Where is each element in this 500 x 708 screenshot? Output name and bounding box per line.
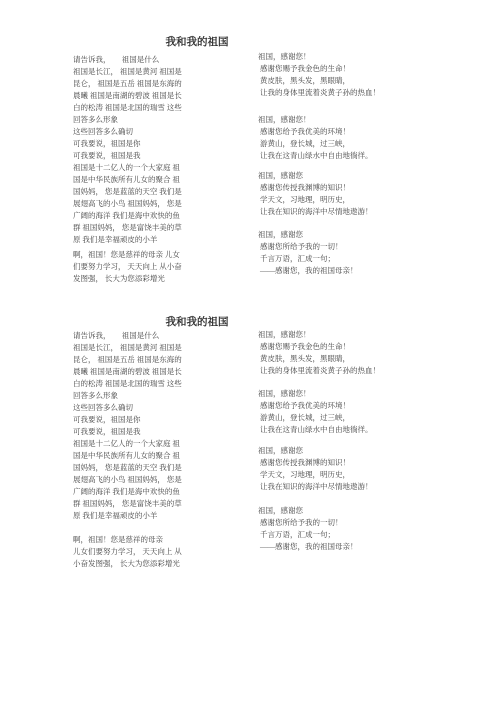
poem-line: 让我在这青山绿水中自由地徜徉。 xyxy=(258,424,388,436)
poem-line: 请告诉我， 祖国是什么 xyxy=(73,330,203,342)
poem-line: 国妈妈， 您是蓝蓝的天空 我们是 xyxy=(73,462,203,474)
poem-line: 感谢您赐予我金色的生命！ xyxy=(258,341,388,353)
poem-line: 展翅高飞的小鸟 祖国妈妈， 您是 xyxy=(73,198,203,210)
poem-right-column: 祖国，感谢您！感谢您赐予我金色的生命！黄皮肤，黑头发，黑眼睛，让我的身体里流着炎… xyxy=(258,329,388,553)
poem-line: 可我要说，祖国是我 xyxy=(73,426,203,438)
poem-stanza: 祖国，感谢您感谢您传授我渊博的知识！学天文，习地理，明历史，让我在知识的海洋中尽… xyxy=(258,170,388,218)
poem-line: 啊，祖国！您是慈祥的母亲 儿女 xyxy=(73,249,203,261)
poem-stanza: 祖国，感谢您！感谢您赐予我金色的生命！黄皮肤，黑头发，黑眼睛，让我的身体里流着炎… xyxy=(258,51,388,99)
poem-title: 我和我的祖国 xyxy=(72,316,322,329)
poem-line: 黄皮肤，黑头发，黑眼睛， xyxy=(258,353,388,365)
poem-line: 感谢您所给予我的一切！ xyxy=(258,517,388,529)
poem-line: 让我在这青山绿水中自由地徜徉。 xyxy=(258,150,388,162)
poem-line: 广阔的海洋 我们是海中欢快的鱼 xyxy=(73,210,203,222)
poem-line: 可我要说，祖国是我 xyxy=(73,150,203,162)
poem-line: 让我的身体里流着炎黄子孙的热血！ xyxy=(258,365,388,377)
poem-line: 昆仑， 祖国是五岳 祖国是东海的 xyxy=(73,78,203,90)
poem-line: 让我在知识的海洋中尽情地遨游！ xyxy=(258,481,388,493)
poem-line xyxy=(73,522,203,534)
poem-line: 感谢您所给予我的一切！ xyxy=(258,241,388,253)
poem-line: 广阔的海洋 我们是海中欢快的鱼 xyxy=(73,486,203,498)
poem-line: 国是中华民族所有儿女的聚合 祖 xyxy=(73,174,203,186)
poem-line: 祖国，感谢您 xyxy=(258,505,388,517)
poem-line: 群 祖国妈妈， 您是富饶丰美的草 xyxy=(73,498,203,510)
poem-line: 这些回答多么确切 xyxy=(73,402,203,414)
poem-line: 这些回答多么确切 xyxy=(73,126,203,138)
poem-line: 昆仑， 祖国是五岳 祖国是东海的 xyxy=(73,354,203,366)
poem-line: 啊，祖国！您是慈祥的母亲 xyxy=(73,534,203,546)
poem-line: 让我的身体里流着炎黄子孙的热血！ xyxy=(258,87,388,99)
poem-line: 晨曦 祖国是南湖的碧波 祖国是长 xyxy=(73,366,203,378)
poem-line: 请告诉我， 祖国是什么 xyxy=(73,54,203,66)
poem-line: 祖国，感谢您 xyxy=(258,445,388,457)
poem-line: 可我要说，祖国是你 xyxy=(73,138,203,150)
poem-line: 游黄山，登长城，过三峡， xyxy=(258,138,388,150)
poem-line: 游黄山，登长城，过三峡， xyxy=(258,412,388,424)
poem-line: 祖国是长江， 祖国是黄河 祖国是 xyxy=(73,342,203,354)
poem-line: 感谢您给予我优美的环境！ xyxy=(258,126,388,138)
poem-line: 国是中华民族所有儿女的聚合 祖 xyxy=(73,450,203,462)
poem-line: 祖国，感谢您！ xyxy=(258,329,388,341)
poem-line: 黄皮肤，黑头发，黑眼睛， xyxy=(258,75,388,87)
poem-line: 学天文，习地理，明历史， xyxy=(258,469,388,481)
poem-line: 祖国，感谢您 xyxy=(258,229,388,241)
poem-right-column: 祖国，感谢您！感谢您赐予我金色的生命！黄皮肤，黑头发，黑眼睛，让我的身体里流着炎… xyxy=(258,51,388,277)
poem-line: 祖国，感谢您 xyxy=(258,170,388,182)
poem-line: 让我在知识的海洋中尽情地遨游！ xyxy=(258,206,388,218)
poem-left-column: 请告诉我， 祖国是什么祖国是长江， 祖国是黄河 祖国是昆仑， 祖国是五岳 祖国是… xyxy=(73,54,203,285)
poem-line: 儿女们要努力学习， 天天向上 从 xyxy=(73,546,203,558)
poem-line: 白的松涛 祖国是北国的瑞雪 这些 xyxy=(73,102,203,114)
poem-stanza: 祖国，感谢您感谢您传授我渊博的知识！学天文，习地理，明历史，让我在知识的海洋中尽… xyxy=(258,445,388,493)
poem-line: 们要努力学习， 天天向上 从小奋 xyxy=(73,261,203,273)
poem-line: 晨曦 祖国是南湖的碧波 祖国是长 xyxy=(73,90,203,102)
poem-line: 祖国是十二亿人的一个大家庭 祖 xyxy=(73,438,203,450)
poem-stanza: 祖国，感谢您！感谢您给予我优美的环境！游黄山，登长城，过三峡，让我在这青山绿水中… xyxy=(258,114,388,162)
poem-line: 祖国，感谢您！ xyxy=(258,114,388,126)
poem-line: 群 祖国妈妈， 您是富饶丰美的草 xyxy=(73,222,203,234)
poem-line: 发图强， 长大为您添彩增光 xyxy=(73,273,203,285)
poem-line: 展翅高飞的小鸟 祖国妈妈， 您是 xyxy=(73,474,203,486)
poem-line: 祖国是长江， 祖国是黄河 祖国是 xyxy=(73,66,203,78)
poem-line: 千言万语，汇成一句； xyxy=(258,253,388,265)
poem-line: 原 我们是幸福顽皮的小羊 xyxy=(73,510,203,522)
poem-line: 回答多么形象 xyxy=(73,114,203,126)
document-page: 我和我的祖国 请告诉我， 祖国是什么祖国是长江， 祖国是黄河 祖国是昆仑， 祖国… xyxy=(0,0,500,708)
poem-line: 可我要说，祖国是你 xyxy=(73,414,203,426)
poem-line: ——感谢您，我的祖国母亲！ xyxy=(258,541,388,553)
poem-line: 学天文，习地理，明历史， xyxy=(258,194,388,206)
poem-line: 千言万语，汇成一句； xyxy=(258,529,388,541)
poem-line: 感谢您传授我渊博的知识！ xyxy=(258,457,388,469)
poem-line: 感谢您赐予我金色的生命！ xyxy=(258,63,388,75)
poem-line: 感谢您给予我优美的环境！ xyxy=(258,400,388,412)
poem-line: 国妈妈， 您是蓝蓝的天空 我们是 xyxy=(73,186,203,198)
poem-left-column: 请告诉我， 祖国是什么祖国是长江， 祖国是黄河 祖国是昆仑， 祖国是五岳 祖国是… xyxy=(73,330,203,570)
poem-line: 祖国是十二亿人的一个大家庭 祖 xyxy=(73,162,203,174)
poem-line: 祖国，感谢您！ xyxy=(258,51,388,63)
poem-stanza: 祖国，感谢您！感谢您赐予我金色的生命！黄皮肤，黑头发，黑眼睛，让我的身体里流着炎… xyxy=(258,329,388,377)
poem-line: 小奋发图强， 长大为您添彩增光 xyxy=(73,558,203,570)
poem-stanza: 祖国，感谢您！感谢您给予我优美的环境！游黄山，登长城，过三峡，让我在这青山绿水中… xyxy=(258,388,388,436)
poem-line: ——感谢您，我的祖国母亲！ xyxy=(258,265,388,277)
poem-line: 回答多么形象 xyxy=(73,390,203,402)
poem-stanza: 祖国，感谢您感谢您所给予我的一切！千言万语，汇成一句；——感谢您，我的祖国母亲！ xyxy=(258,229,388,277)
poem-title: 我和我的祖国 xyxy=(72,36,322,49)
poem-line: 白的松涛 祖国是北国的瑞雪 这些 xyxy=(73,378,203,390)
poem-stanza: 祖国，感谢您感谢您所给予我的一切！千言万语，汇成一句；——感谢您，我的祖国母亲！ xyxy=(258,505,388,553)
poem-line: 祖国，感谢您！ xyxy=(258,388,388,400)
poem-line: 感谢您传授我渊博的知识！ xyxy=(258,182,388,194)
poem-line: 原 我们是幸福顽皮的小羊 xyxy=(73,234,203,246)
